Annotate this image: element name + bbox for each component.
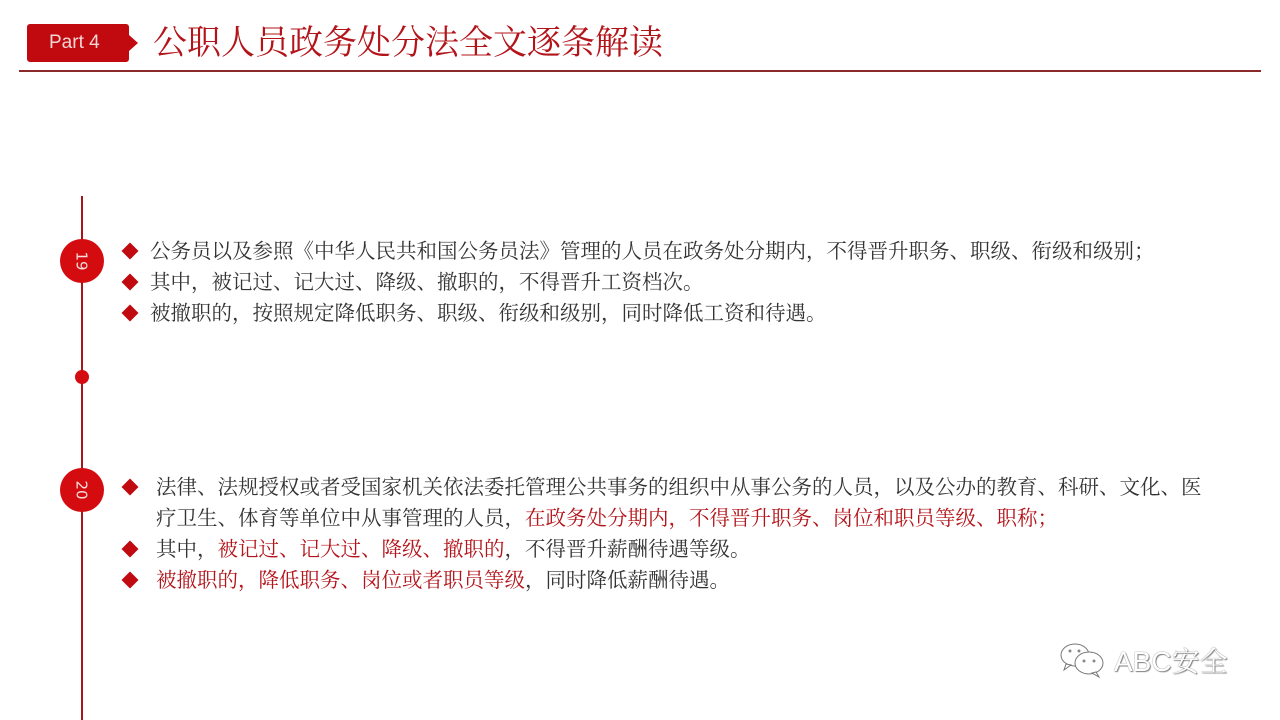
item-text: 其中，被记过、记大过、降级、撤职的，不得晋升工资档次。 [150,270,704,294]
item-text: 被撤职的，按照规定降低职务、职级、衔级和级别，同时降低工资和待遇。 [150,301,827,325]
item-text: ，同时降低薪酬待遇。 [525,568,730,592]
page-title: 公职人员政务处分法全文逐条解读 [153,20,663,66]
item-text: 其中， [156,537,218,561]
diamond-bullet-icon [122,305,139,322]
list-item: 被撤职的，降低职务、岗位或者职员等级，同时降低薪酬待遇。 [122,565,1202,596]
diamond-bullet-icon [122,243,139,260]
item-text-highlight: 被撤职的，降低职务、岗位或者职员等级 [156,568,525,592]
list-item: 其中，被记过、记大过、降级、撤职的，不得晋升薪酬待遇等级。 [122,534,1202,565]
part-label-tag: Part 4 [27,24,129,62]
item-text: 公务员以及参照《中华人民共和国公务员法》管理的人员在政务处分期内，不得晋升职务、… [150,239,1155,263]
diamond-bullet-icon [122,479,139,496]
section-19-content: 公务员以及参照《中华人民共和国公务员法》管理的人员在政务处分期内，不得晋升职务、… [122,236,1222,329]
header-divider [19,70,1261,72]
item-text: ，不得晋升薪酬待遇等级。 [505,537,751,561]
list-item: 公务员以及参照《中华人民共和国公务员法》管理的人员在政务处分期内，不得晋升职务、… [122,236,1222,267]
section-number-badge: 19 [60,239,104,283]
item-text-highlight: 被记过、记大过、降级、撤职的 [218,537,505,561]
item-text-highlight: 在政务处分期内，不得晋升职务、岗位和职员等级、职称； [525,506,1058,530]
diamond-bullet-icon [122,541,139,558]
wechat-icon [1058,640,1108,680]
section-20-content: 法律、法规授权或者受国家机关依法委托管理公共事务的组织中从事公务的人员，以及公办… [122,472,1202,596]
list-item: 其中，被记过、记大过、降级、撤职的，不得晋升工资档次。 [122,267,1222,298]
timeline-dot [75,370,89,384]
watermark: ABC安全 [1058,640,1228,680]
watermark-text: ABC安全 [1114,640,1228,680]
section-number: 20 [73,480,91,499]
diamond-bullet-icon [122,274,139,291]
list-item: 被撤职的，按照规定降低职务、职级、衔级和级别，同时降低工资和待遇。 [122,298,1222,329]
diamond-bullet-icon [122,572,139,589]
section-number: 19 [73,251,91,270]
section-number-badge: 20 [60,468,104,512]
list-item: 法律、法规授权或者受国家机关依法委托管理公共事务的组织中从事公务的人员，以及公办… [122,472,1202,534]
